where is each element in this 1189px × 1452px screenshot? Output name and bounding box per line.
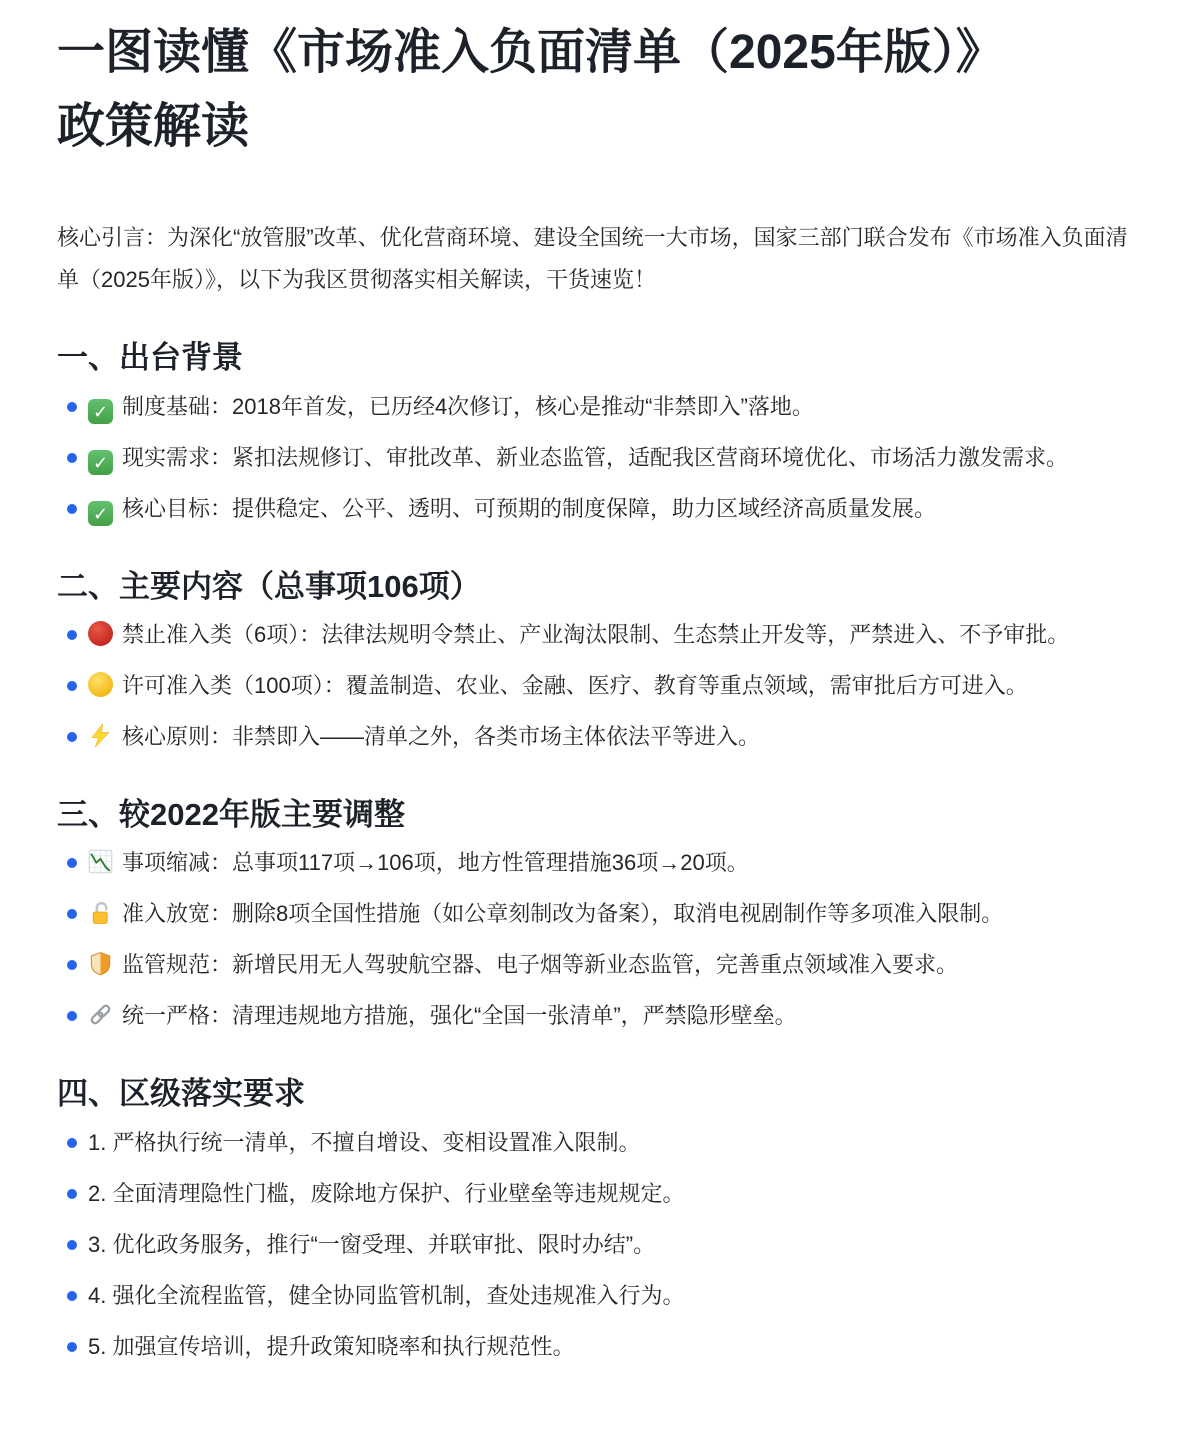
document-page: 一图读懂《市场准入负面清单（2025年版）》 政策解读 核心引言：为深化“放管服… — [0, 0, 1189, 1408]
intro-paragraph: 核心引言：为深化“放管服”改革、优化营商环境、建设全国统一大市场，国家三部门联合… — [57, 217, 1132, 301]
check-icon: ✓ — [88, 450, 113, 475]
item-text: 2. 全面清理隐性门槛，废除地方保护、行业壁垒等违规规定。 — [88, 1181, 684, 1206]
list-item: 禁止准入类（6项）：法律法规明令禁止、产业淘汰限制、生态禁止开发等，严禁进入、不… — [88, 615, 1132, 655]
yellow-circle-icon — [88, 672, 113, 697]
section-heading: 三、较2022年版主要调整 — [57, 795, 1132, 835]
page-title-line1: 一图读懂《市场准入负面清单（2025年版）》 — [57, 16, 1132, 90]
item-text: 监管规范：新增民用无人驾驶航空器、电子烟等新业态监管，完善重点领域准入要求。 — [122, 952, 958, 977]
item-text: 4. 强化全流程监管，健全协同监管机制，查处违规准入行为。 — [88, 1283, 684, 1308]
section: 二、主要内容（总事项106项） 禁止准入类（6项）：法律法规明令禁止、产业淘汰限… — [57, 567, 1132, 757]
item-text: 现实需求：紧扣法规修订、审批改革、新业态监管，适配我区营商环境优化、市场活力激发… — [122, 445, 1068, 470]
item-text: 许可准入类（100项）：覆盖制造、农业、金融、医疗、教育等重点领域，需审批后方可… — [122, 673, 1028, 698]
section-list: ✓制度基础：2018年首发，已历经4次修订，核心是推动“非禁即入”落地。✓现实需… — [57, 387, 1132, 529]
section-heading: 四、区级落实要求 — [57, 1074, 1132, 1114]
list-item: 统一严格：清理违规地方措施，强化“全国一张清单”，严禁隐形壁垒。 — [88, 996, 1132, 1036]
item-text: 制度基础：2018年首发，已历经4次修订，核心是推动“非禁即入”落地。 — [122, 394, 814, 419]
item-text: 禁止准入类（6项）：法律法规明令禁止、产业淘汰限制、生态禁止开发等，严禁进入、不… — [122, 622, 1069, 647]
section-heading: 一、出台背景 — [57, 338, 1132, 378]
list-item: 3. 优化政务服务，推行“一窗受理、并联审批、限时办结”。 — [88, 1225, 1132, 1265]
item-text: 3. 优化政务服务，推行“一窗受理、并联审批、限时办结”。 — [88, 1232, 655, 1257]
page-title-line2: 政策解读 — [57, 90, 1132, 164]
section-list: 禁止准入类（6项）：法律法规明令禁止、产业淘汰限制、生态禁止开发等，严禁进入、不… — [57, 615, 1132, 757]
section: 三、较2022年版主要调整 事项缩减：总事项117项→106项，地方性管理措施3… — [57, 795, 1132, 1036]
check-icon: ✓ — [88, 501, 113, 526]
link-icon — [88, 1002, 113, 1027]
list-item: 4. 强化全流程监管，健全协同监管机制，查处违规准入行为。 — [88, 1276, 1132, 1316]
item-text: 事项缩减：总事项117项→106项，地方性管理措施36项→20项。 — [122, 850, 749, 875]
section-heading: 二、主要内容（总事项106项） — [57, 567, 1132, 607]
item-text: 统一严格：清理违规地方措施，强化“全国一张清单”，严禁隐形壁垒。 — [122, 1003, 797, 1028]
list-item: 监管规范：新增民用无人驾驶航空器、电子烟等新业态监管，完善重点领域准入要求。 — [88, 945, 1132, 985]
sections: 一、出台背景 ✓制度基础：2018年首发，已历经4次修订，核心是推动“非禁即入”… — [57, 338, 1132, 1366]
lightning-icon — [88, 723, 113, 748]
item-text: 5. 加强宣传培训，提升政策知晓率和执行规范性。 — [88, 1334, 574, 1359]
item-text: 1. 严格执行统一清单，不擅自增设、变相设置准入限制。 — [88, 1130, 640, 1155]
check-icon: ✓ — [88, 399, 113, 424]
red-circle-icon — [88, 621, 113, 646]
list-item: ✓核心目标：提供稳定、公平、透明、可预期的制度保障，助力区域经济高质量发展。 — [88, 489, 1132, 529]
item-text: 核心目标：提供稳定、公平、透明、可预期的制度保障，助力区域经济高质量发展。 — [122, 496, 936, 521]
list-item: 2. 全面清理隐性门槛，废除地方保护、行业壁垒等违规规定。 — [88, 1174, 1132, 1214]
list-item: ✓现实需求：紧扣法规修订、审批改革、新业态监管，适配我区营商环境优化、市场活力激… — [88, 438, 1132, 478]
page-title: 一图读懂《市场准入负面清单（2025年版）》 政策解读 — [57, 16, 1132, 165]
list-item: 许可准入类（100项）：覆盖制造、农业、金融、医疗、教育等重点领域，需审批后方可… — [88, 666, 1132, 706]
list-item: 5. 加强宣传培训，提升政策知晓率和执行规范性。 — [88, 1327, 1132, 1367]
section-list: 1. 严格执行统一清单，不擅自增设、变相设置准入限制。2. 全面清理隐性门槛，废… — [57, 1123, 1132, 1367]
section: 四、区级落实要求 1. 严格执行统一清单，不擅自增设、变相设置准入限制。2. 全… — [57, 1074, 1132, 1366]
list-item: 准入放宽：删除8项全国性措施（如公章刻制改为备案），取消电视剧制作等多项准入限制… — [88, 894, 1132, 934]
list-item: 核心原则：非禁即入——清单之外，各类市场主体依法平等进入。 — [88, 717, 1132, 757]
chart-decreasing-icon — [88, 849, 113, 874]
list-item: 事项缩减：总事项117项→106项，地方性管理措施36项→20项。 — [88, 843, 1132, 883]
shield-icon — [88, 951, 113, 976]
unlock-icon — [88, 900, 113, 925]
item-text: 准入放宽：删除8项全国性措施（如公章刻制改为备案），取消电视剧制作等多项准入限制… — [122, 901, 1003, 926]
section: 一、出台背景 ✓制度基础：2018年首发，已历经4次修订，核心是推动“非禁即入”… — [57, 338, 1132, 528]
list-item: 1. 严格执行统一清单，不擅自增设、变相设置准入限制。 — [88, 1123, 1132, 1163]
item-text: 核心原则：非禁即入——清单之外，各类市场主体依法平等进入。 — [122, 724, 760, 749]
list-item: ✓制度基础：2018年首发，已历经4次修订，核心是推动“非禁即入”落地。 — [88, 387, 1132, 427]
section-list: 事项缩减：总事项117项→106项，地方性管理措施36项→20项。准入放宽：删除… — [57, 843, 1132, 1036]
